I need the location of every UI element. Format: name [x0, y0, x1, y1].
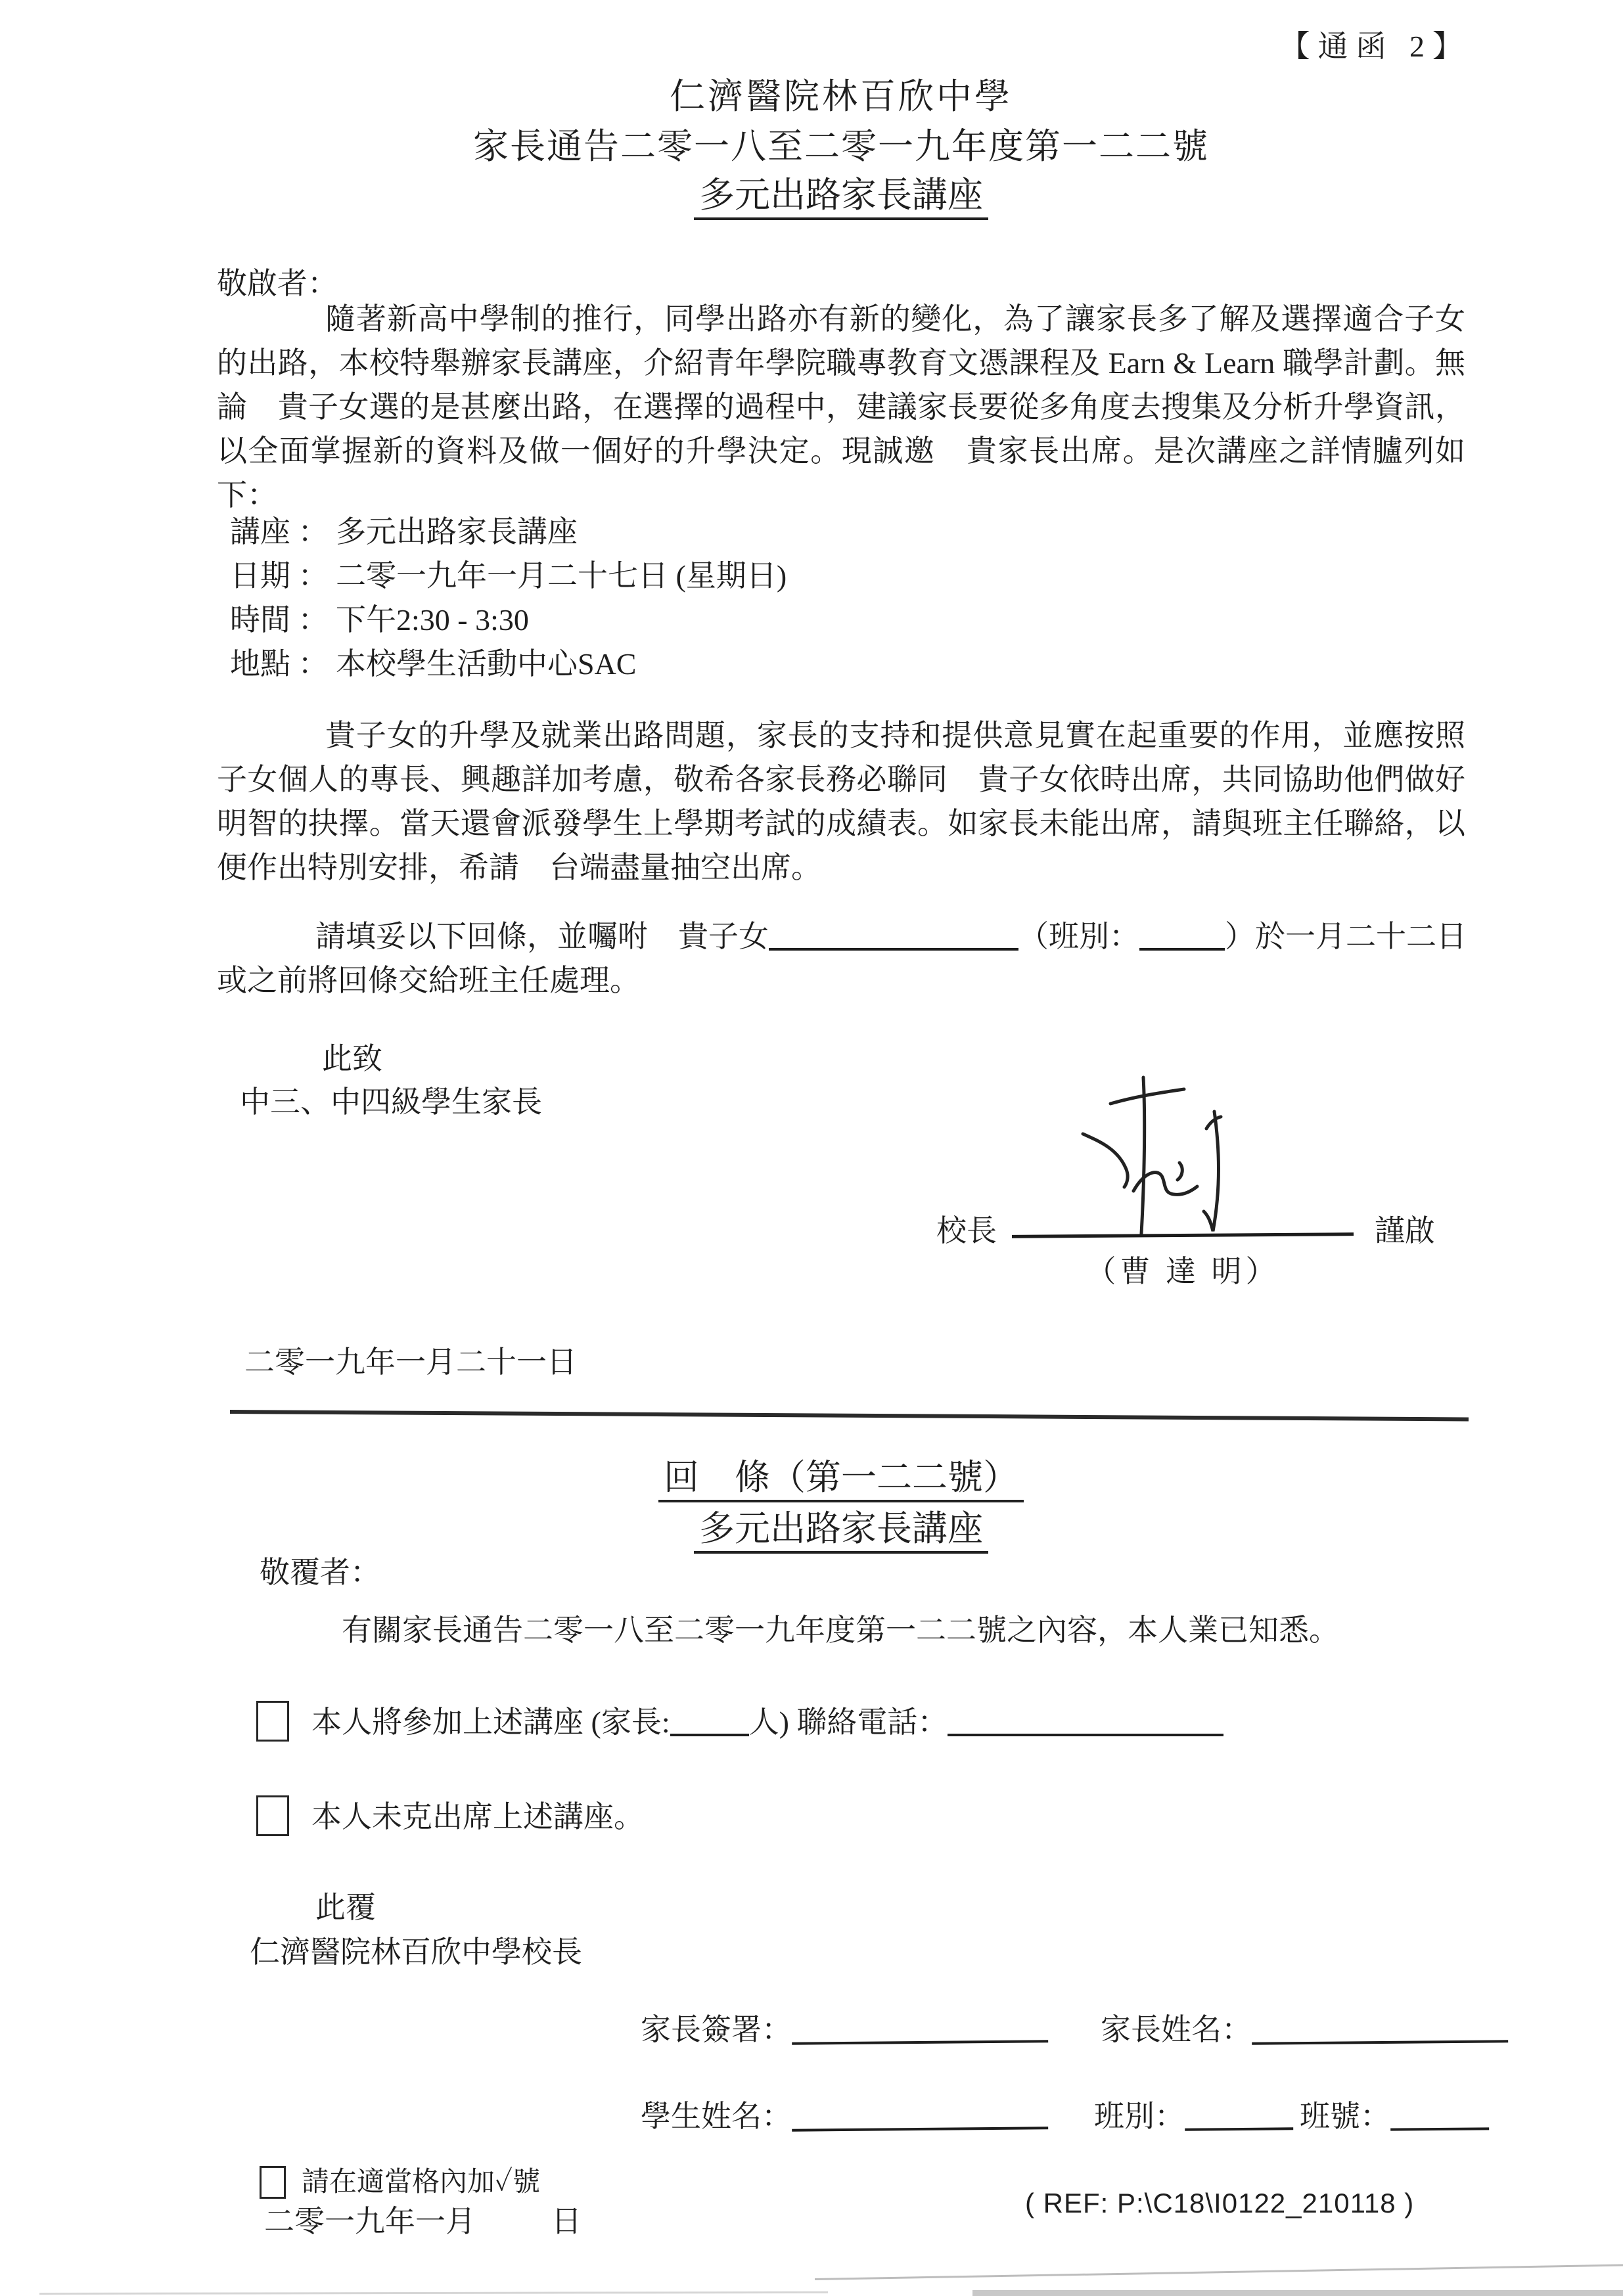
paragraph-introduction: 隨著新高中學制的推行，同學出路亦有新的變化，為了讓家長多了解及選擇適合子女的出路… [217, 297, 1465, 517]
section-divider-line [230, 1410, 1469, 1422]
class-field-blank[interactable] [1185, 2100, 1293, 2130]
reply-closing-to: 仁濟醫院林百欣中學校長 [250, 1930, 582, 1974]
reply-salutation: 敬覆者： [260, 1550, 380, 1594]
file-reference: ( REF: P:\C18\I0122_210118 ) [1025, 2188, 1414, 2219]
signature-suffix: 謹啟 [1375, 1209, 1435, 1253]
circular-number-tag: 【通函 2】 [1280, 22, 1471, 66]
notice-subject-line: 多元出路家長講座 [217, 167, 1465, 217]
class-number-blank[interactable] [1390, 2100, 1489, 2130]
detail-label: 日期 [230, 559, 290, 593]
notice-subject: 多元出路家長講座 [694, 175, 988, 220]
reply-subtitle-line: 多元出路家長講座 [217, 1500, 1465, 1551]
tick-instruction-row: 請在適當格內加✓號 [260, 2160, 540, 2199]
request-line-1: 請填妥以下回條，並囑咐 貴子女（班別：）於一月二十二日 [217, 914, 1478, 958]
scan-artifact-faint-line [39, 2291, 828, 2295]
detail-label: 地點 [230, 647, 290, 681]
detail-label: 時間 [230, 603, 290, 637]
class-number-label: 班號： [1300, 2100, 1390, 2133]
option-decline-row: 本人未克出席上述講座。 [256, 1795, 644, 1839]
student-name-blank[interactable] [769, 920, 1018, 951]
principal-signature [1045, 1069, 1268, 1240]
event-details-list: 講座 ： 多元出路家長講座 日期 ： 二零一九年一月二十七日 (星期日) 時間 … [230, 510, 787, 686]
scan-artifact-edge-strip [972, 2290, 1623, 2296]
detail-colon: ： [298, 559, 329, 593]
class-label-open: （班別： [1018, 920, 1139, 953]
scanned-notice-page: 【通函 2】 仁濟醫院林百欣中學 家長通告二零一八至二零一九年度第一二二號 多元… [0, 0, 1623, 2296]
tick-instruction-checkbox [260, 2166, 286, 2199]
school-name: 仁濟醫院林百欣中學 [217, 68, 1465, 119]
signature-role-label: 校長 [936, 1209, 997, 1253]
detail-colon: ： [298, 647, 329, 681]
scan-artifact-diagonal-line [815, 2264, 1623, 2280]
class-label-close: ） [1225, 920, 1255, 953]
option-attend-row: 本人將參加上述講座 (家長:人) 聯絡電話： [256, 1700, 1223, 1744]
request-line-2: 或之前將回條交給班主任處理。 [217, 958, 1478, 1002]
detail-row-date: 日期 ： 二零一九年一月二十七日 (星期日) [230, 554, 787, 598]
fields-row-2: 學生姓名：班別：班號： [641, 2094, 1489, 2138]
contact-phone-blank[interactable] [948, 1706, 1223, 1736]
notice-number-line: 家長通告二零一八至二零一九年度第一二二號 [217, 118, 1465, 169]
detail-value: 本校學生活動中心SAC [336, 647, 636, 681]
detail-value: 下午2:30 - 3:30 [336, 603, 529, 637]
closing-recipients: 中三、中四級學生家長 [240, 1080, 542, 1124]
detail-row-venue: 地點 ： 本校學生活動中心SAC [230, 642, 787, 686]
detail-colon: ： [298, 515, 329, 549]
parent-count-blank[interactable] [670, 1706, 749, 1736]
attend-checkbox[interactable] [256, 1701, 289, 1742]
reply-closing-this: 此覆 [315, 1885, 376, 1929]
detail-colon: ： [298, 603, 329, 637]
attend-text-before: 本人將參加上述講座 (家長: [311, 1705, 670, 1739]
paragraph-parent-support: 貴子女的升學及就業出路問題，家長的支持和提供意見實在起重要的作用，並應按照子女個… [217, 713, 1465, 889]
tick-instruction-text: 請在適當格內加✓號 [302, 2167, 540, 2197]
attend-text-middle: 人) 聯絡電話： [749, 1705, 948, 1739]
reply-date-row: 二零一九年一月日 [264, 2199, 582, 2243]
student-name-field-blank[interactable] [792, 2099, 1048, 2131]
reply-date-suffix: 日 [551, 2205, 582, 2238]
parent-signature-blank[interactable] [792, 2012, 1048, 2044]
reply-subtitle: 多元出路家長講座 [694, 1509, 988, 1554]
decline-text: 本人未克出席上述講座。 [311, 1800, 644, 1834]
reply-title: 回 條（第一二二號） [658, 1458, 1024, 1502]
detail-value: 多元出路家長講座 [336, 515, 578, 549]
detail-label: 講座 [230, 515, 290, 549]
parent-signature-label: 家長簽署： [641, 2013, 792, 2046]
parent-name-label: 家長姓名： [1101, 2013, 1252, 2046]
request-text-before: 請填妥以下回條，並囑咐 貴子女 [315, 920, 769, 953]
reply-date-prefix: 二零一九年一月 [264, 2205, 476, 2238]
detail-row-time: 時間 ： 下午2:30 - 3:30 [230, 598, 787, 642]
request-text-after: 於一月二十二日 [1255, 920, 1467, 953]
acknowledgement-statement: 有關家長通告二零一八至二零一九年度第一二二號之內容，本人業已知悉。 [342, 1608, 1339, 1652]
detail-value: 二零一九年一月二十七日 (星期日) [336, 559, 787, 593]
detail-row-topic: 講座 ： 多元出路家長講座 [230, 510, 787, 554]
fields-row-1: 家長簽署：家長姓名： [641, 2008, 1508, 2052]
parent-name-blank[interactable] [1252, 2012, 1508, 2044]
class-blank[interactable] [1139, 920, 1225, 951]
student-name-label: 學生姓名： [641, 2100, 792, 2133]
closing-this-to: 此致 [322, 1037, 382, 1081]
letter-date: 二零一九年一月二十一日 [244, 1340, 577, 1384]
decline-checkbox[interactable] [256, 1795, 289, 1836]
class-field-label: 班別： [1094, 2100, 1185, 2133]
reply-title-line: 回 條（第一二二號） [217, 1449, 1465, 1500]
principal-name: （曹 達 明） [1012, 1249, 1354, 1294]
reply-slip-request: 請填妥以下回條，並囑咐 貴子女（班別：）於一月二十二日 或之前將回條交給班主任處… [217, 914, 1478, 1002]
